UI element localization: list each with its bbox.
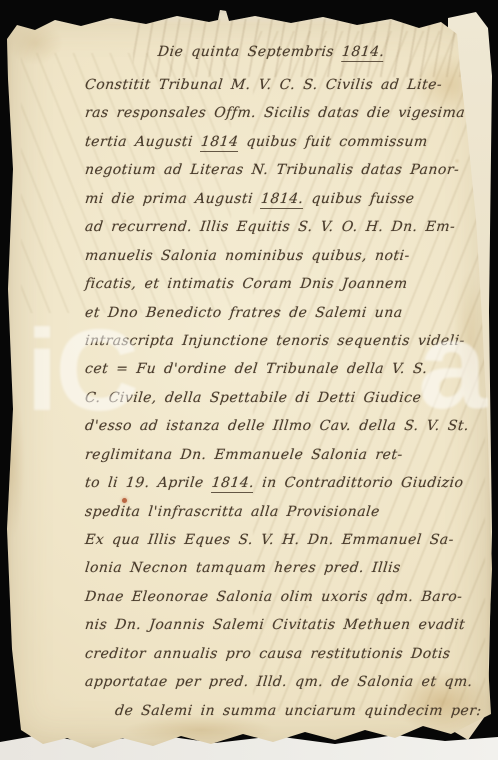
manuscript-line: tertia Augusti 1814 quibus fuit commissu… — [84, 128, 459, 156]
manuscript-line: Dnae Eleonorae Salonia olim uxoris qdm. … — [84, 583, 459, 611]
paper-stain — [0, 389, 25, 539]
manuscript-line: cet = Fu d'ordine del Tribunale della V.… — [84, 355, 459, 383]
manuscript-line: mi die prima Augusti 1814. quibus fuisse — [84, 185, 459, 213]
manuscript-line: manuelis Salonia nominibus quibus, noti- — [84, 242, 459, 270]
paper-edge-highlight — [5, 9, 493, 25]
manuscript-line: apportatae per pred. Illd. qm. de Saloni… — [84, 668, 459, 696]
manuscript-line: creditor annualis pro causa restitutioni… — [84, 640, 459, 668]
manuscript-line: nis Dn. Joannis Salemi Civitatis Methuen… — [84, 611, 459, 639]
manuscript-line: C. Civile, della Spettabile di Detti Giu… — [84, 384, 459, 412]
manuscript-line: spedita l'infrascritta alla Provisionale — [84, 498, 459, 526]
manuscript-line: to li 19. Aprile 1814. in Contradittorio… — [84, 469, 459, 497]
paper-stain — [7, 21, 63, 65]
manuscript-line: intrascripta Injunctione tenoris sequent… — [84, 327, 459, 355]
manuscript-line: Constitit Tribunal M. V. C. S. Civilis a… — [84, 71, 459, 99]
manuscript-line: et Dno Benedicto fratres de Salemi una — [84, 299, 459, 327]
manuscript-line: negotium ad Literas N. Tribunalis datas … — [84, 156, 459, 184]
manuscript-line: de Salemi in summa unciarum quindecim pe… — [84, 697, 459, 725]
manuscript-line: ad recurrend. Illis Equitis S. V. O. H. … — [84, 213, 459, 241]
manuscript-line: ras responsales Offm. Sicilis datas die … — [84, 99, 459, 127]
manuscript-line: d'esso ad istanza delle Illmo Cav. della… — [84, 412, 459, 440]
photo-frame: Die quinta Septembris 1814. Constitit Tr… — [0, 0, 498, 760]
manuscript-sheet: Die quinta Septembris 1814. Constitit Tr… — [5, 9, 493, 749]
manuscript-line: ficatis, et intimatis Coram Dnis Joannem — [84, 270, 459, 298]
manuscript-date-header: Die quinta Septembris 1814. — [83, 37, 459, 71]
manuscript-line: Ex qua Illis Eques S. V. H. Dn. Emmanuel… — [84, 526, 459, 554]
manuscript-line: reglimitana Dn. Emmanuele Salonia ret- — [84, 441, 459, 469]
manuscript-line: lonia Necnon tamquam heres pred. Illis — [84, 554, 459, 582]
manuscript-text: Die quinta Septembris 1814. Constitit Tr… — [85, 37, 457, 725]
